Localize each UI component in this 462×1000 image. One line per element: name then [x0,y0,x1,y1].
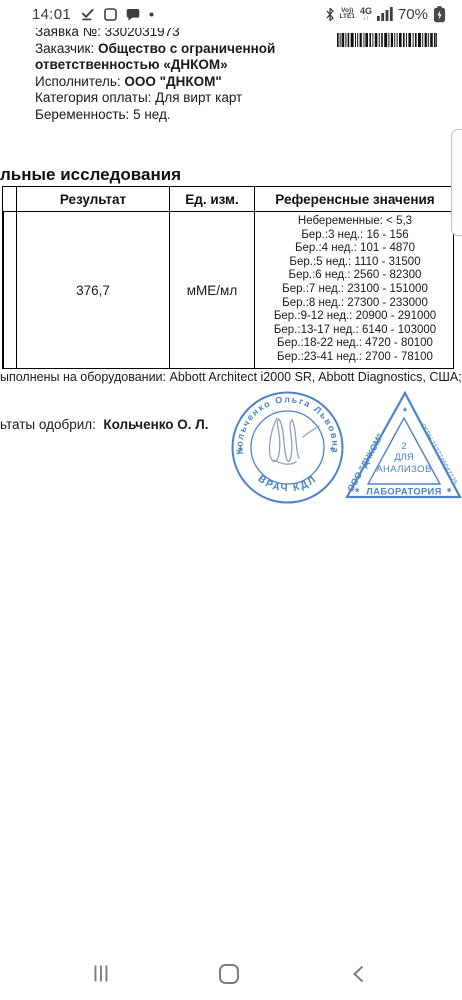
table-cell-result: 376,7 [16,212,169,368]
navigation-bar [0,952,462,1000]
results-table: Результат Ед. изм. Референсные значения … [2,186,454,369]
4g-arrows-indicator: 4G ↓↑ [360,7,372,22]
reference-value-line: Бер.:18-22 нед.: 4720 - 80100 [277,337,433,351]
scrollbar-thumb[interactable] [451,129,462,236]
download-complete-icon [80,7,95,21]
table-cell-name-clipped [3,212,16,368]
reference-value-line: Бер.:4 нед.: 101 - 4870 [295,242,415,256]
approved-by-line: ьтаты одобрил: Кольченко О. Л. [0,417,209,432]
reference-value-line: Бер.:6 нед.: 2560 - 82300 [289,269,422,283]
reference-value-line: Бер.:9-12 нед.: 20900 - 291000 [274,310,436,324]
table-header-result: Результат [16,187,169,212]
signal-strength-icon [377,7,393,21]
back-icon [353,965,364,988]
reference-value-line: Бер.:8 нед.: 27300 - 233000 [282,297,428,311]
recents-icon [94,965,108,987]
reference-value-line: Бер.:7 нед.: 23100 - 151000 [282,283,428,297]
approver-name: Кольченко О. Л. [103,417,208,432]
notification-dot-icon [149,12,154,17]
bluetooth-icon [325,7,335,22]
message-bubble-icon [126,8,140,21]
triangle-center-dlya: ДЛЯ [394,452,414,463]
volte-indicator: Vo)) LTE1 [340,8,355,21]
status-bar-right: Vo)) LTE1 4G ↓↑ 70% [325,0,446,28]
home-button[interactable] [209,956,249,996]
doctor-round-stamp: Кольченко Ольга Львовна ВРАЧ КДЛ * * [230,390,345,505]
reference-value-line: Небеременные: < 5,3 [298,215,412,229]
stamp-star-right: * [330,444,335,458]
reference-value-line: Бер.:13-17 нед.: 6140 - 103000 [274,324,436,338]
home-icon [219,964,239,989]
battery-percent: 70% [398,6,428,23]
payment-category-line: Категория оплаты: Для вирт карт [35,90,327,107]
triangle-laboratory-text: ЛАБОРАТОРИЯ [366,487,441,497]
reference-value-line: Бер.:3 нед.: 16 - 156 [301,229,408,243]
stamp-doctor-name: Кольченко Ольга Львовна [234,394,340,454]
table-header-reference: Референсные значения [254,187,455,212]
stamp-doctor-title: ВРАЧ КДЛ [256,473,320,494]
executor-line: Исполнитель: ООО "ДНКОМ" [35,74,327,91]
lab-triangle-stamp: * * * ООО "ДНКОМ" ОГРН 1127746047175 ЛАБ… [344,391,462,503]
back-button[interactable] [338,956,378,996]
smart-capture-icon [104,8,117,21]
equipment-note: ыполнены на оборудовании: Abbott Archite… [0,370,462,384]
barcode-image [337,33,437,47]
table-cell-unit: мМЕ/мл [169,212,254,368]
triangle-center-number: 2 [401,441,406,452]
signature-scribble [270,418,319,464]
triangle-center-analizov: АНАЛИЗОВ [376,464,431,475]
section-title: льные исследования [0,165,181,185]
stamp-star-left: * [238,444,243,458]
table-header-unit: Ед. изм. [169,187,254,212]
svg-text:ВРАЧ КДЛ: ВРАЧ КДЛ [256,473,320,494]
svg-text:Кольченко Ольга Львовна: Кольченко Ольга Львовна [234,394,340,454]
battery-charging-icon [433,6,446,23]
clock: 14:01 [32,6,71,23]
status-bar: 14:01 Vo)) LTE1 4G ↓↑ [0,0,462,28]
pregnancy-line: Беременность: 5 нед. [35,107,327,124]
phone-screen: 14:01 Vo)) LTE1 4G ↓↑ [0,0,462,1000]
customer-line: Заказчик: Общество с ограниченной ответс… [35,41,327,74]
table-cell-reference-values: Небеременные: < 5,3Бер.:3 нед.: 16 - 156… [254,212,455,368]
document-header: Заявка №: 3302031973 Заказчик: Общество … [35,24,327,123]
triangle-star-top: * [403,406,408,418]
table-header-name-clipped [3,187,16,212]
status-bar-left: 14:01 [32,0,154,28]
reference-value-line: Бер.:5 нед.: 1110 - 31500 [289,256,420,270]
recents-button[interactable] [81,956,121,996]
triangle-star-right: * [447,487,452,499]
reference-value-line: Бер.:23-41 нед.: 2700 - 78100 [277,351,433,365]
